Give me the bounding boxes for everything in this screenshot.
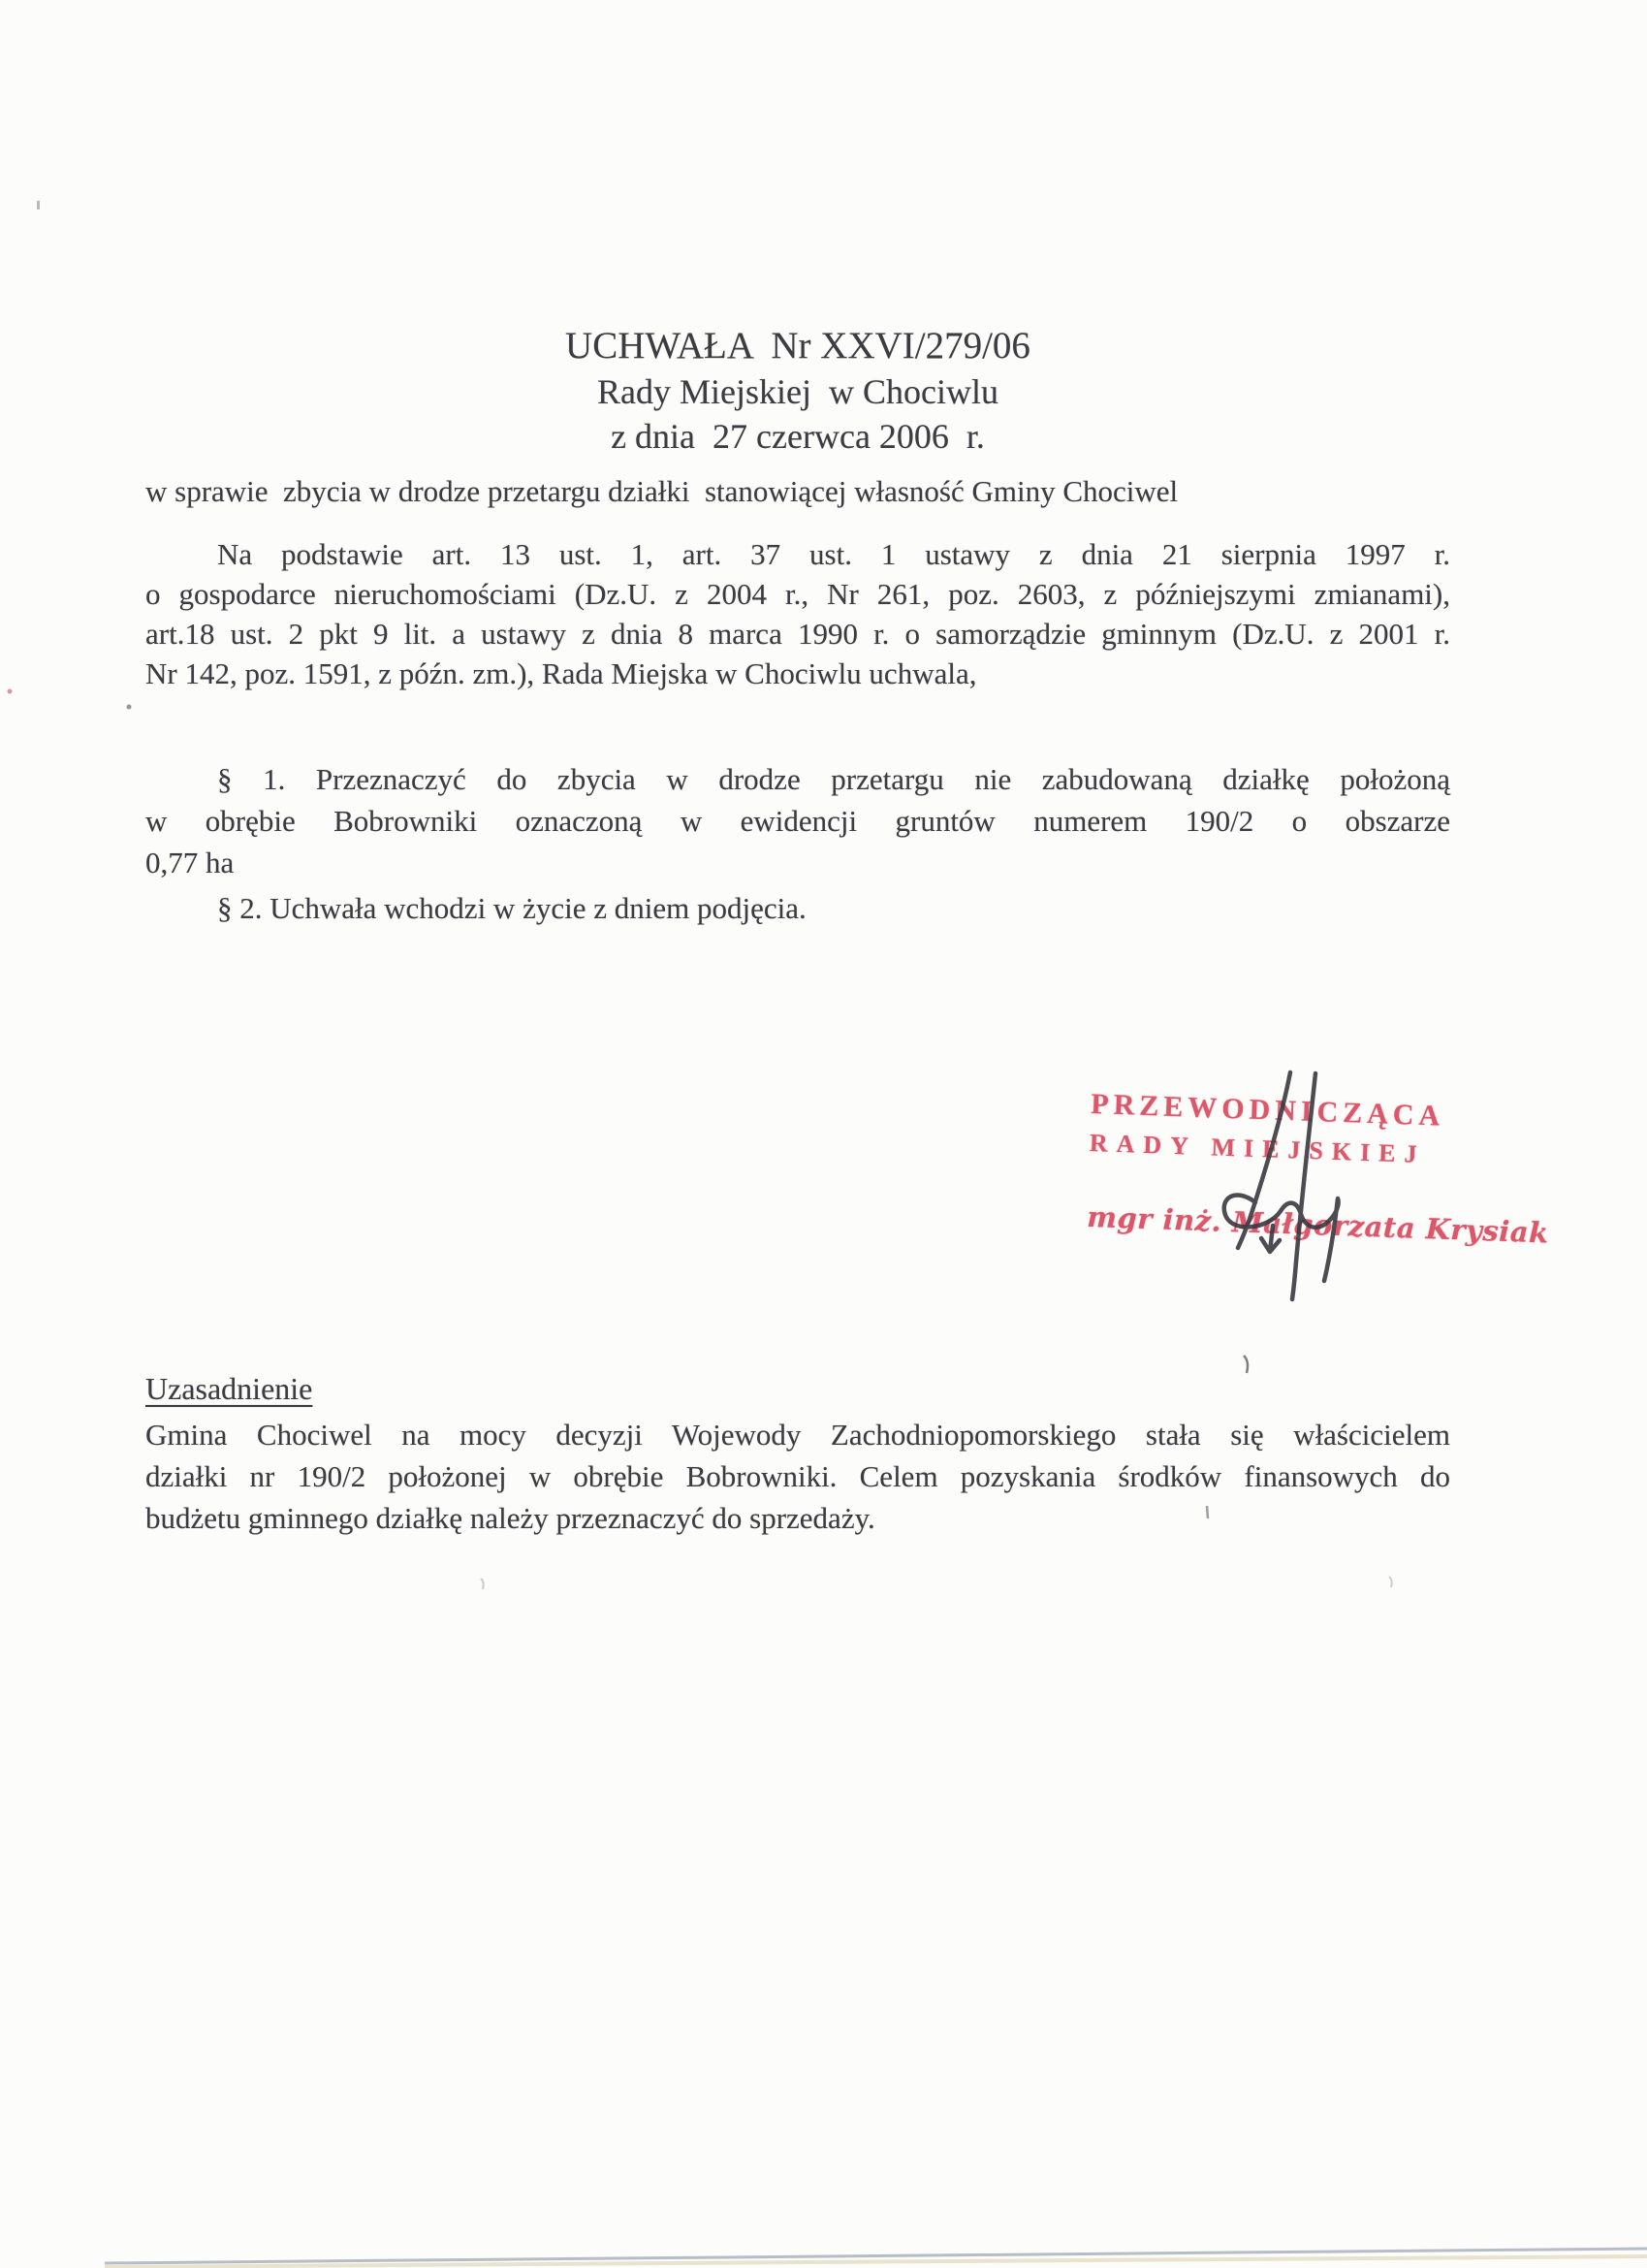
speck [37,201,40,209]
scan-edge-shadow [105,2256,1647,2267]
text-line: Na podstawie art. 13 ust. 1, art. 37 ust… [145,534,1450,574]
text-line: 0,77 ha [145,842,1450,883]
section-2-paragraph: § 2. Uchwała wchodzi w życie z dniem pod… [145,888,1522,929]
text-line: Nr 142, poz. 1591, z późn. zm.), Rada Mi… [145,654,1450,693]
speck [127,705,132,710]
justification-paragraph: Gmina Chociwel na mocy decyzji Wojewody … [145,1414,1450,1539]
speck [1389,1577,1392,1587]
scan-bottom-edge [105,2249,1647,2267]
text-line: w obrębie Bobrowniki oznaczoną w ewidenc… [145,800,1450,842]
text-line: o gospodarce nieruchomościami (Dz.U. z 2… [145,574,1450,614]
text-line: Gmina Chociwel na mocy decyzji Wojewody … [145,1414,1450,1455]
document-header: UCHWAŁA Nr XXVI/279/06 Rady Miejskiej w … [145,323,1450,459]
scan-edge-line [105,2249,1647,2263]
text-line: art.18 ust. 2 pkt 9 lit. a ustawy z dnia… [145,614,1450,654]
text-line: działki nr 190/2 położonej w obrębie Bob… [145,1455,1450,1497]
document-title: UCHWAŁA Nr XXVI/279/06 [145,323,1450,369]
text-line: § 1. Przeznaczyć do zbycia w drodze prze… [145,758,1450,800]
scanned-document-page: UCHWAŁA Nr XXVI/279/06 Rady Miejskiej w … [0,0,1647,2268]
legal-basis-paragraph: Na podstawie art. 13 ust. 1, art. 37 ust… [145,534,1450,693]
subject-line: w sprawie zbycia w drodze przetargu dzia… [145,474,1450,509]
stamp-signer-name: mgr inż. Małgorzata Krysiak [1087,1200,1448,1246]
section-1-paragraph: § 1. Przeznaczyć do zbycia w drodze prze… [145,758,1450,883]
issuing-body: Rady Miejskiej w Chociwlu [145,369,1450,414]
justification-heading: Uzasadnienie [145,1371,1450,1407]
text-line: budżetu gminnego działkę należy przeznac… [145,1497,1450,1539]
official-stamp: PRZEWODNICZĄCA RADY MIEJSKIEJ mgr inż. M… [1087,1086,1452,1246]
document-date: z dnia 27 czerwca 2006 r. [145,414,1450,459]
speck [481,1579,484,1589]
speck [8,689,13,694]
